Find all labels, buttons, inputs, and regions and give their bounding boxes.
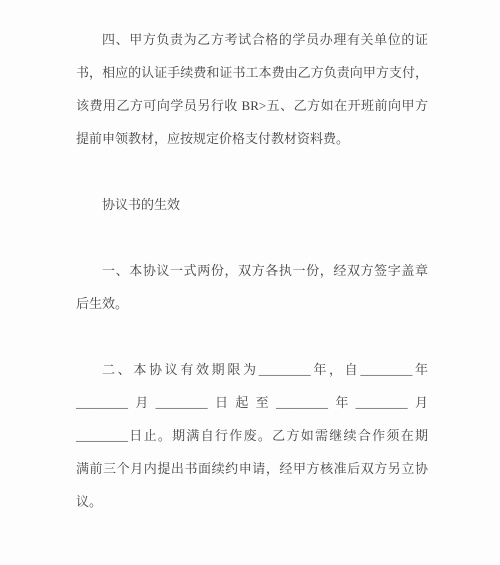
text-line: 后生效。: [76, 287, 428, 320]
text-line: ________日止。期满自行作废。乙方如需继续合作须在期: [76, 419, 428, 452]
text-line: 四、甲方负责为乙方考试合格的学员办理有关单位的证: [76, 23, 428, 56]
text-line: ________月________日起至________年________月: [76, 386, 428, 419]
section-heading: 协议书的生效: [76, 188, 428, 221]
text-line: 议。: [76, 485, 428, 518]
agreement-body: 四、甲方负责为乙方考试合格的学员办理有关单位的证 书，相应的认证手续费和证书工本…: [0, 0, 500, 518]
text-line: 该费用乙方可向学员另行收 BR>五、乙方如在开班前向甲方: [76, 89, 428, 122]
text-line: 满前三个月内提出书面续约申请，经甲方核准后双方另立协: [76, 452, 428, 485]
clause-two-paragraph: 二、本协议有效期限为________年，自________年 ________月…: [76, 353, 428, 518]
clause-one-paragraph: 一、本协议一式两份，双方各执一份，经双方签字盖章 后生效。: [76, 254, 428, 320]
text-line: 二、本协议有效期限为________年，自________年: [76, 353, 428, 386]
clause-four-paragraph: 四、甲方负责为乙方考试合格的学员办理有关单位的证 书，相应的认证手续费和证书工本…: [76, 23, 428, 155]
document-page: 四、甲方负责为乙方考试合格的学员办理有关单位的证 书，相应的认证手续费和证书工本…: [0, 0, 500, 565]
text-line: 一、本协议一式两份，双方各执一份，经双方签字盖章: [76, 254, 428, 287]
text-line: 书，相应的认证手续费和证书工本费由乙方负责向甲方支付，: [76, 56, 428, 89]
text-line: 提前申领教材，应按规定价格支付教材资料费。: [76, 122, 428, 155]
